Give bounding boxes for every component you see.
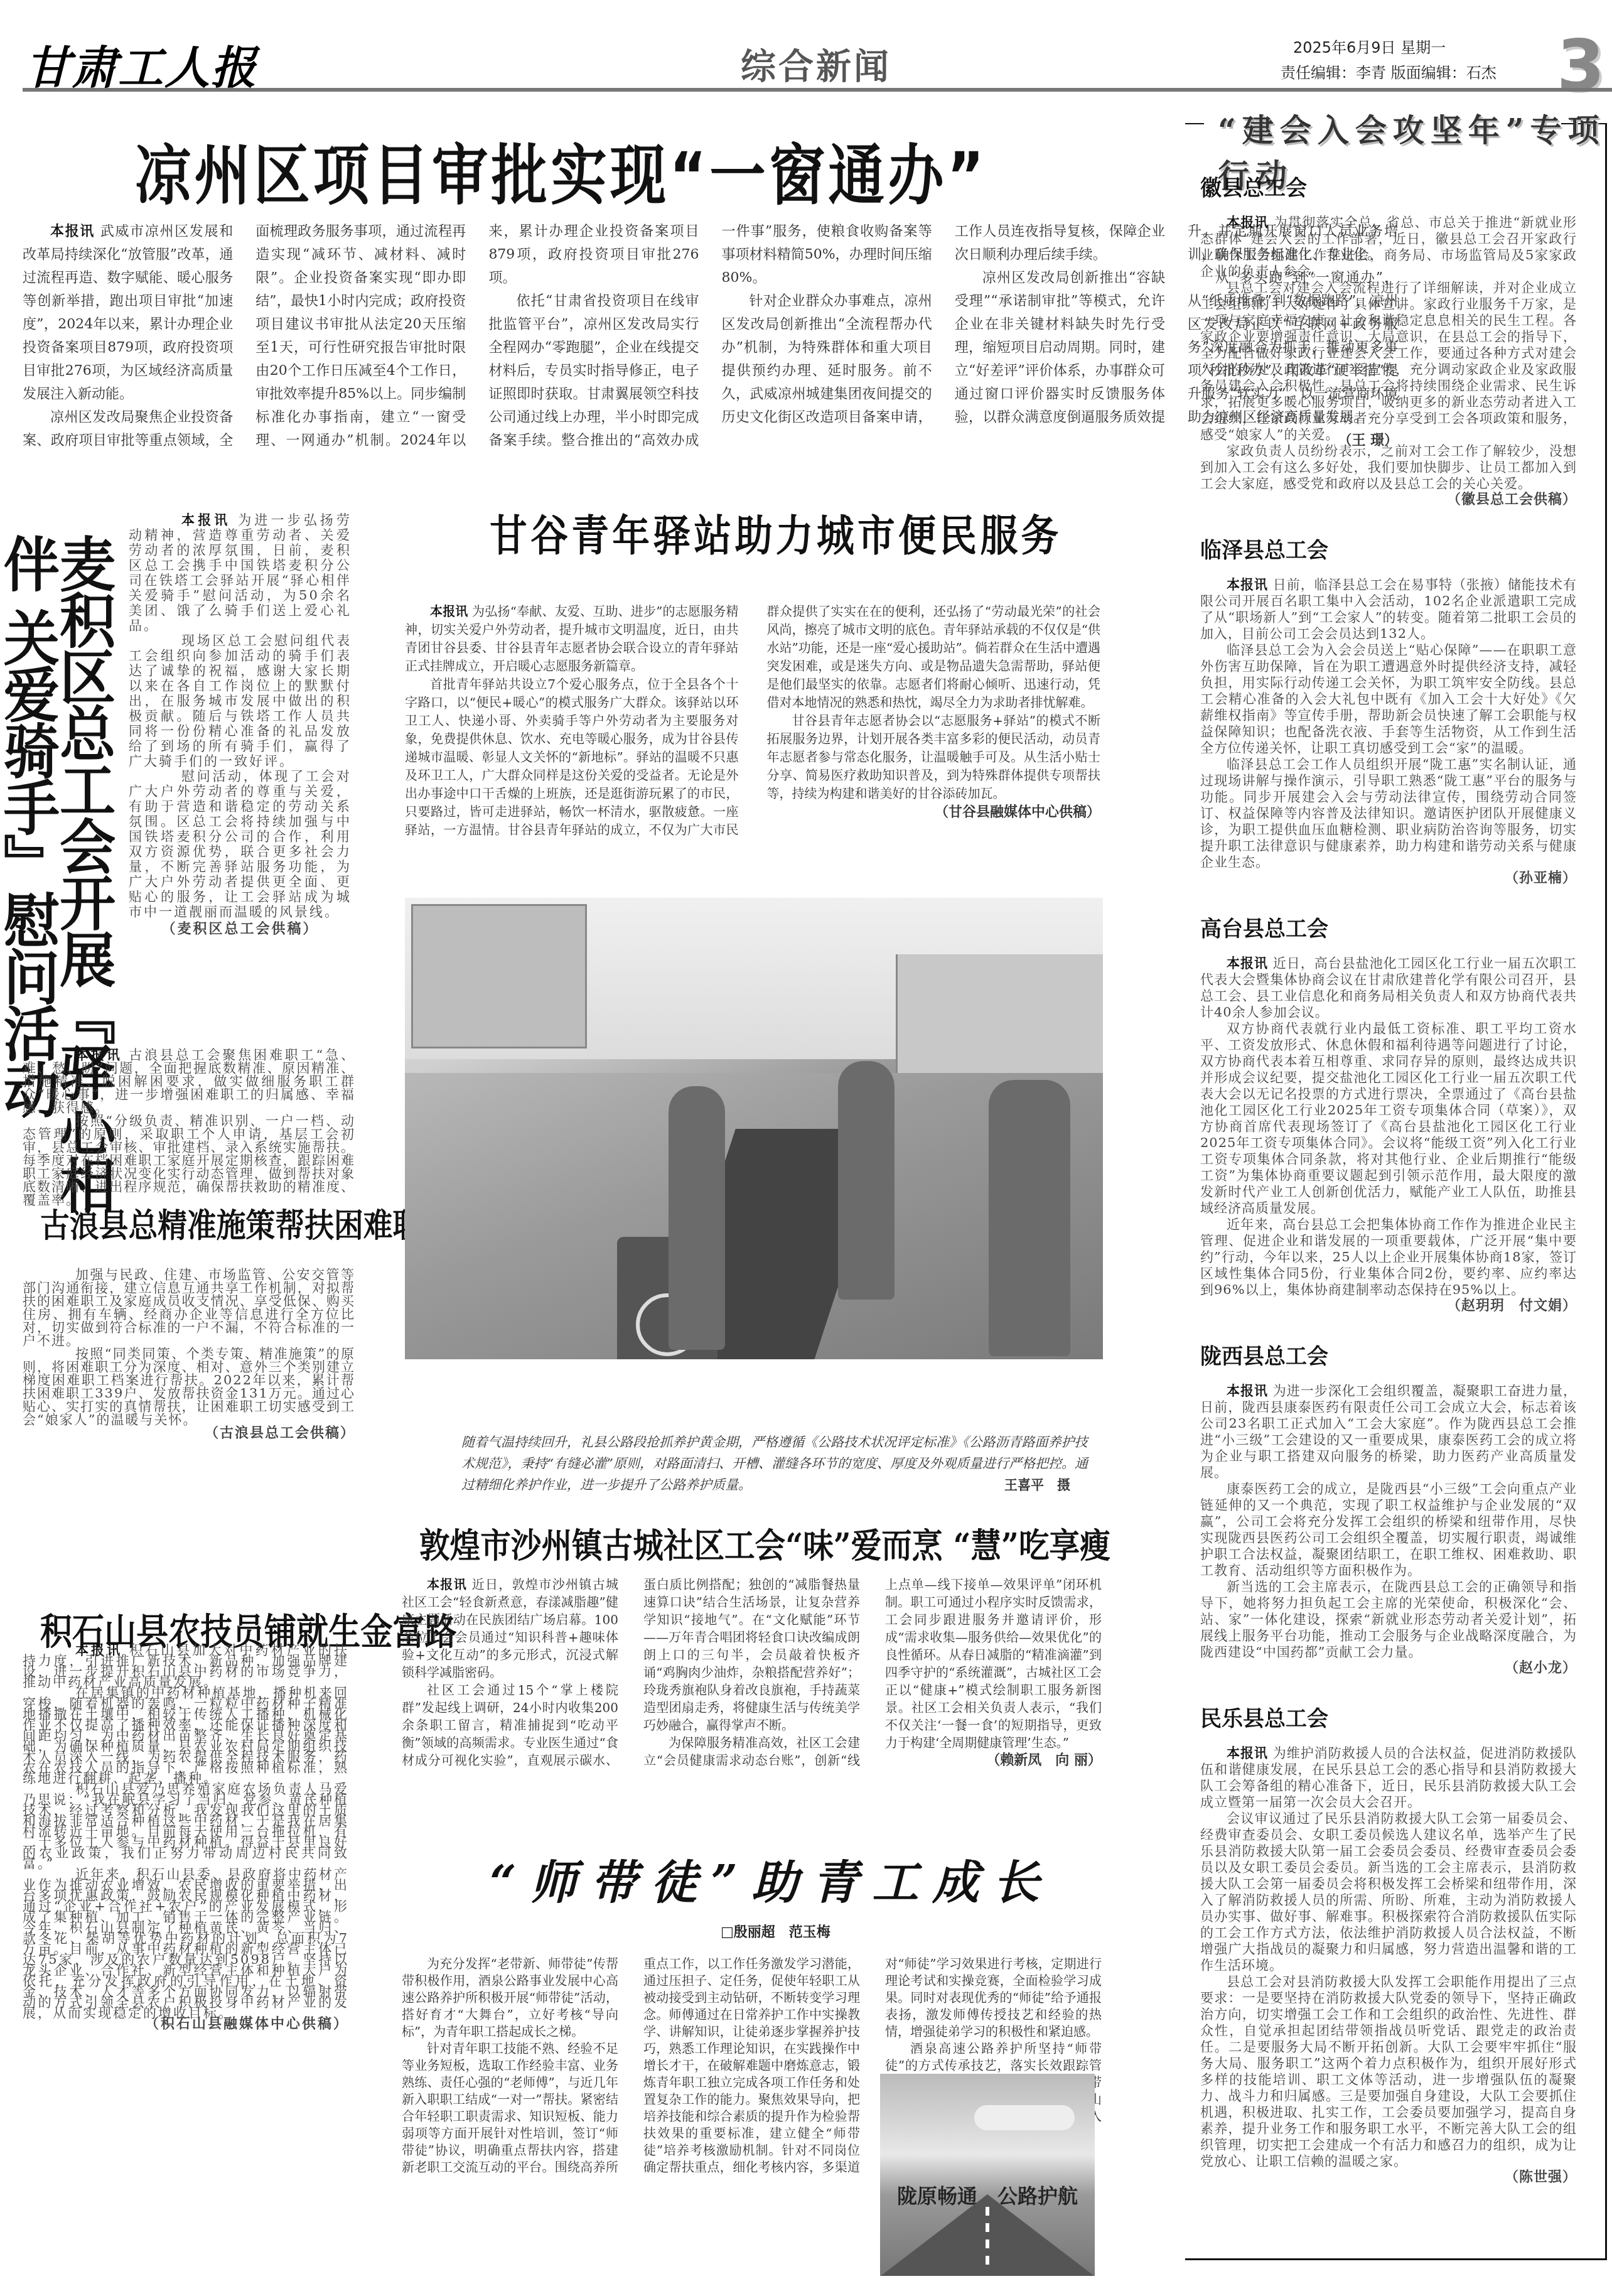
maiji-article-body: 本报讯 为进一步弘扬劳动精神，营造尊重劳动者、关爱劳动者的浓厚氛围，日前，麦积区… [129, 512, 352, 937]
road-dash-icon [986, 2207, 989, 2270]
gulang-article-bottom: 加强与民政、住建、市场监管、公安交管等部门沟通衔接，建立信息互通共享工作机制，对… [23, 1268, 355, 1440]
road-maintenance-photo [405, 898, 1103, 1359]
section-body: 本报讯 为维护消防救援人员的合法权益，促进消防救援队伍和谐健康发展，在民乐县总工… [1200, 1745, 1577, 2186]
section-heading: 临泽县总工会 [1200, 533, 1577, 564]
mentor-author: □殷丽超 范玉梅 [721, 1921, 830, 1941]
lead-article-body: 本报讯 武威市凉州区发展和改革局持续深化“放管服”改革，通过流程再造、数字赋能、… [23, 220, 1165, 471]
frame-line-left [1185, 123, 1204, 124]
section-heading: 陇西县总工会 [1200, 1339, 1577, 1370]
section-heading: 高台县总工会 [1200, 912, 1577, 942]
photo-worker-2 [838, 1061, 895, 1300]
gulang-article-top: 本报讯 古浪县总工会聚焦困难职工“急、难、愁、盼”问题，全面把握底数精准、原因精… [23, 1048, 355, 1207]
sidebar-section-huixian: 徽县总工会 本报讯 为贯彻落实全总、省总、市总关于推进“新就业形态群体”建会入会… [1200, 171, 1577, 508]
lead-label: 本报讯 [50, 224, 95, 239]
sidebar-section-gaotai: 高台县总工会 本报讯 近日，高台县盐池化工园区化工行业一届五次职工代表大会暨集体… [1200, 912, 1577, 1314]
photo-worker-3 [989, 1080, 1070, 1356]
page-number: 3 [1557, 25, 1605, 105]
section-byline: （陈世强） [1200, 2169, 1577, 2186]
section-heading: 徽县总工会 [1200, 171, 1577, 202]
maiji-byline: （麦积区总工会供稿） [129, 922, 352, 937]
header-divider [23, 88, 1612, 92]
photo-caption: 随着气温持续回升，礼县公路段抢抓养护黄金期，严格遵循《公路技术状况评定标准》《公… [461, 1431, 1095, 1496]
mentor-headline: “师带徒”助青工成长 [490, 1846, 1053, 1912]
gulang-headline: 古浪县总精准施策帮扶困难职工 [40, 1199, 451, 1246]
section-name: 综合新闻 [741, 39, 891, 89]
editors-credit: 责任编辑：李青 版面编辑：石杰 [1281, 60, 1496, 82]
gangu-byline: （甘谷县融媒体中心供稿） [767, 803, 1101, 821]
section-byline: （孙亚楠） [1200, 870, 1577, 887]
gangu-headline: 甘谷青年驿站助力城市便民服务 [490, 502, 1062, 563]
photo-wall [896, 954, 1103, 1092]
lead-headline: 凉州区项目审批实现“一窗通办” [135, 123, 987, 217]
newspaper-logo: 甘肃工人报 [25, 31, 257, 97]
sidebar-content: 徽县总工会 本报讯 为贯彻落实全总、省总、市总关于推进“新就业形态群体”建会入会… [1200, 163, 1577, 2186]
photo-credit: 王喜平 摄 [1004, 1474, 1070, 1496]
sidebar-section-minle: 民乐县总工会 本报讯 为维护消防救援人员的合法权益，促进消防救援队伍和谐健康发展… [1200, 1701, 1577, 2186]
section-byline: （徽县总工会供稿） [1200, 492, 1577, 508]
section-byline: （赵玥玥 付文娟） [1200, 1298, 1577, 1314]
photo-house [411, 904, 587, 1048]
publish-date: 2025年6月9日 星期一 [1293, 35, 1446, 57]
dunhuang-article-body: 本报讯 近日，敦煌市沙州镇古城社区工会“轻食新煮意，春漾减脂趣”健康主题活动在民… [402, 1576, 1102, 1827]
section-body: 本报讯 为进一步深化工会组织覆盖，凝聚职工奋进力量，日前，陇西县康泰医药有限责任… [1200, 1382, 1577, 1676]
gangu-article-body: 本报讯 为弘扬“奉献、友爱、互助、进步”的志愿服务精神，切实关爱户外劳动者，提升… [405, 603, 1100, 892]
section-body: 本报讯 近日，高台县盐池化工园区化工行业一届五次职工代表大会暨集体协商会议在甘肃… [1200, 955, 1577, 1314]
dunhuang-headline: 敦煌市沙州镇古城社区工会“味”爱而烹 “慧”吃享瘦 [419, 1519, 1110, 1568]
section-heading: 民乐县总工会 [1200, 1701, 1577, 1732]
dunhuang-byline: （赖新凤 向 丽） [885, 1752, 1102, 1769]
jishishan-article-body: 本报讯 积石山县加大对中药材产业的扶持力度，引进推广新技术、新品种，加强品牌建设… [23, 1645, 349, 2029]
photo-worker-1 [669, 1086, 725, 1350]
section-body: 本报讯 为贯彻落实全总、省总、市总关于推进“新就业形态群体”建会入会的工作部署，… [1200, 214, 1577, 508]
gulang-byline: （古浪县总工会供稿） [23, 1426, 355, 1440]
section-byline: （赵小龙） [1200, 1660, 1577, 1676]
sidebar-section-linze: 临泽县总工会 本报讯 日前，临泽县总工会在易事特（张掖）储能技术有限公司开展百名… [1200, 533, 1577, 887]
cloud-icon [974, 2105, 1075, 2130]
section-body: 本报讯 日前，临泽县总工会在易事特（张掖）储能技术有限公司开展百名职工集中入会活… [1200, 576, 1577, 887]
sidebar-section-longxi: 陇西县总工会 本报讯 为进一步深化工会组织覆盖，凝聚职工奋进力量，日前，陇西县康… [1200, 1339, 1577, 1676]
promo-box: 陇原畅通 公路护航 [880, 2074, 1095, 2276]
